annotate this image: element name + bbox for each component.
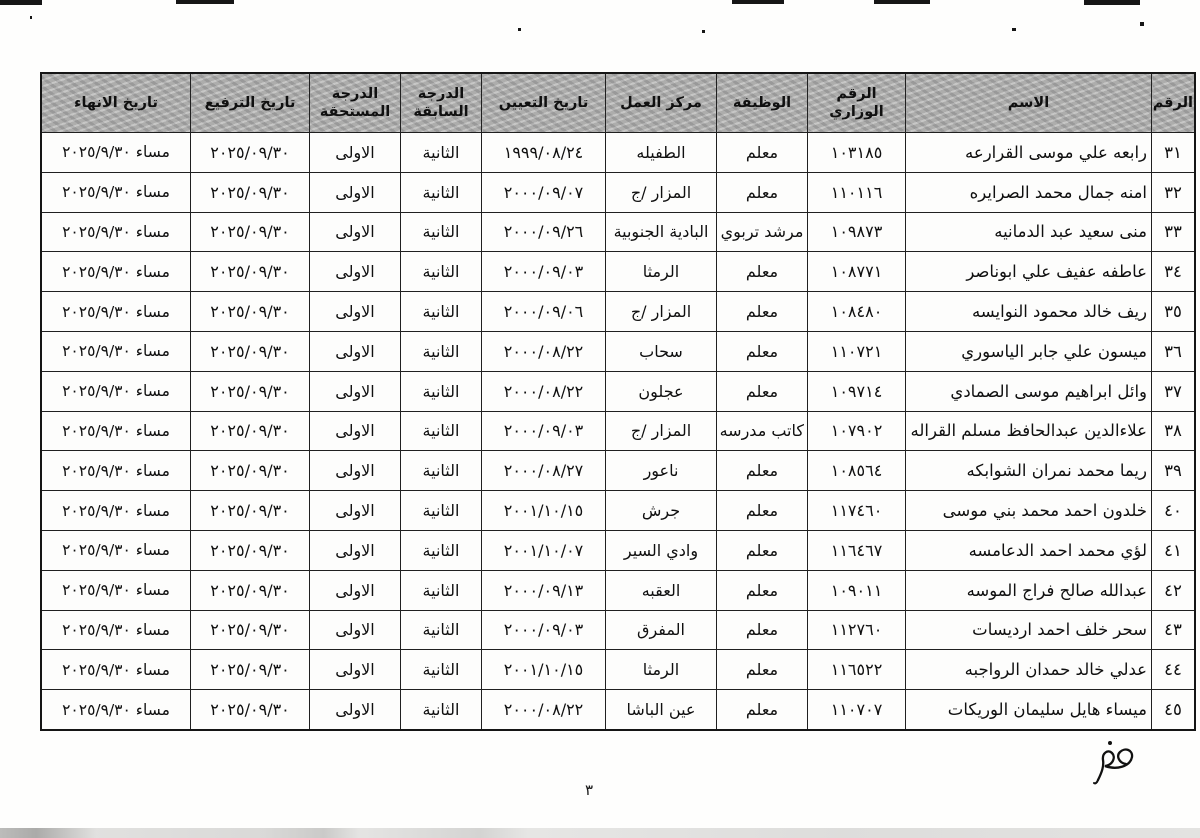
table-header: الرقمالاسمالرقم الوزاريالوظيفةمركز العمل… — [41, 73, 1195, 133]
cell-appointment_date: ١٩٩٩/٠٨/٢٤ — [482, 133, 606, 173]
cell-ministry_no: ١١٢٧٦٠ — [808, 610, 906, 650]
cell-work_center: المزار /ج — [606, 292, 717, 332]
cell-previous_grade: الثانية — [401, 530, 482, 570]
cell-previous_grade: الثانية — [401, 610, 482, 650]
cell-ministry_no: ١٠٨٤٨٠ — [808, 292, 906, 332]
cell-name: عدلي خالد حمدان الرواجبه — [906, 650, 1152, 690]
cell-previous_grade: الثانية — [401, 172, 482, 212]
cell-num: ٤٣ — [1152, 610, 1196, 650]
table-row: ٤٣سحر خلف احمد ارديسات١١٢٧٦٠معلمالمفرق٢٠… — [41, 610, 1195, 650]
cell-work_center: العقبه — [606, 570, 717, 610]
cell-appointment_date: ٢٠٠١/١٠/١٥ — [482, 491, 606, 531]
cell-promotion_date: ٢٠٢٥/٠٩/٣٠ — [191, 411, 310, 451]
column-header-appointment_date: تاريخ التعيين — [482, 73, 606, 133]
cell-name: عاطفه عفيف علي ابوناصر — [906, 252, 1152, 292]
table-row: ٣٣منى سعيد عبد الدمانيه١٠٩٨٧٣مرشد تربويا… — [41, 212, 1195, 252]
cell-promotion_date: ٢٠٢٥/٠٩/٣٠ — [191, 371, 310, 411]
cell-promotion_date: ٢٠٢٥/٠٩/٣٠ — [191, 650, 310, 690]
scan-artifact — [732, 0, 784, 4]
cell-name: سحر خلف احمد ارديسات — [906, 610, 1152, 650]
scan-speck — [1140, 22, 1144, 26]
cell-num: ٤٤ — [1152, 650, 1196, 690]
cell-name: ميساء هايل سليمان الوريكات — [906, 690, 1152, 730]
cell-due_grade: الاولى — [310, 530, 401, 570]
cell-promotion_date: ٢٠٢٥/٠٩/٣٠ — [191, 212, 310, 252]
page-number: ٣ — [585, 781, 593, 799]
cell-num: ٤٠ — [1152, 491, 1196, 531]
cell-previous_grade: الثانية — [401, 411, 482, 451]
cell-name: وائل ابراهيم موسى الصمادي — [906, 371, 1152, 411]
cell-name: خلدون احمد محمد بني موسى — [906, 491, 1152, 531]
cell-promotion_date: ٢٠٢٥/٠٩/٣٠ — [191, 491, 310, 531]
cell-due_grade: الاولى — [310, 292, 401, 332]
cell-work_center: الرمثا — [606, 252, 717, 292]
cell-end_date: مساء ٢٠٢٥/٩/٣٠ — [41, 610, 191, 650]
cell-previous_grade: الثانية — [401, 451, 482, 491]
column-header-end_date: تاريخ الانهاء — [41, 73, 191, 133]
table-row: ٤٢عبدالله صالح فراج الموسه١٠٩٠١١معلمالعق… — [41, 570, 1195, 610]
cell-ministry_no: ١١٧٤٦٠ — [808, 491, 906, 531]
cell-ministry_no: ١٠٣١٨٥ — [808, 133, 906, 173]
cell-promotion_date: ٢٠٢٥/٠٩/٣٠ — [191, 292, 310, 332]
table-row: ٣٨علاءالدين عبدالحافظ مسلم القراله١٠٧٩٠٢… — [41, 411, 1195, 451]
cell-promotion_date: ٢٠٢٥/٠٩/٣٠ — [191, 451, 310, 491]
cell-end_date: مساء ٢٠٢٥/٩/٣٠ — [41, 133, 191, 173]
cell-promotion_date: ٢٠٢٥/٠٩/٣٠ — [191, 252, 310, 292]
cell-ministry_no: ١٠٧٩٠٢ — [808, 411, 906, 451]
cell-job: معلم — [717, 133, 808, 173]
cell-promotion_date: ٢٠٢٥/٠٩/٣٠ — [191, 610, 310, 650]
cell-due_grade: الاولى — [310, 371, 401, 411]
cell-job: معلم — [717, 371, 808, 411]
cell-work_center: عين الباشا — [606, 690, 717, 730]
cell-num: ٣٦ — [1152, 331, 1196, 371]
cell-end_date: مساء ٢٠٢٥/٩/٣٠ — [41, 451, 191, 491]
table-row: ٤٥ميساء هايل سليمان الوريكات١١٠٧٠٧معلمعي… — [41, 690, 1195, 730]
column-header-name: الاسم — [906, 73, 1152, 133]
scan-artifact — [0, 0, 42, 5]
cell-previous_grade: الثانية — [401, 331, 482, 371]
scan-artifact — [176, 0, 234, 4]
cell-due_grade: الاولى — [310, 690, 401, 730]
cell-num: ٤٢ — [1152, 570, 1196, 610]
cell-due_grade: الاولى — [310, 570, 401, 610]
table-row: ٣١رابعه علي موسى القرارعه١٠٣١٨٥معلمالطفي… — [41, 133, 1195, 173]
cell-appointment_date: ٢٠٠٠/٠٩/٠٦ — [482, 292, 606, 332]
cell-appointment_date: ٢٠٠٠/٠٩/١٣ — [482, 570, 606, 610]
cell-job: معلم — [717, 650, 808, 690]
cell-num: ٣٨ — [1152, 411, 1196, 451]
cell-appointment_date: ٢٠٠٠/٠٨/٢٢ — [482, 331, 606, 371]
cell-promotion_date: ٢٠٢٥/٠٩/٣٠ — [191, 530, 310, 570]
cell-ministry_no: ١١٠١١٦ — [808, 172, 906, 212]
cell-appointment_date: ٢٠٠١/١٠/٠٧ — [482, 530, 606, 570]
cell-num: ٣٤ — [1152, 252, 1196, 292]
cell-num: ٤٥ — [1152, 690, 1196, 730]
cell-ministry_no: ١٠٩٧١٤ — [808, 371, 906, 411]
cell-work_center: سحاب — [606, 331, 717, 371]
scan-smear-bottom — [0, 828, 1200, 838]
cell-name: لؤي محمد احمد الدعامسه — [906, 530, 1152, 570]
cell-due_grade: الاولى — [310, 451, 401, 491]
cell-previous_grade: الثانية — [401, 491, 482, 531]
cell-ministry_no: ١١٦٤٦٧ — [808, 530, 906, 570]
cell-job: معلم — [717, 292, 808, 332]
scan-speck — [518, 28, 521, 31]
cell-num: ٣٣ — [1152, 212, 1196, 252]
scan-speck — [702, 30, 705, 33]
cell-previous_grade: الثانية — [401, 252, 482, 292]
table-row: ٤١لؤي محمد احمد الدعامسه١١٦٤٦٧معلموادي ا… — [41, 530, 1195, 570]
cell-work_center: ناعور — [606, 451, 717, 491]
cell-job: معلم — [717, 331, 808, 371]
cell-job: معلم — [717, 491, 808, 531]
cell-due_grade: الاولى — [310, 411, 401, 451]
table-row: ٤٠خلدون احمد محمد بني موسى١١٧٤٦٠معلمجرش٢… — [41, 491, 1195, 531]
cell-work_center: المفرق — [606, 610, 717, 650]
cell-appointment_date: ٢٠٠٠/٠٨/٢٧ — [482, 451, 606, 491]
cell-due_grade: الاولى — [310, 491, 401, 531]
cell-previous_grade: الثانية — [401, 570, 482, 610]
cell-end_date: مساء ٢٠٢٥/٩/٣٠ — [41, 172, 191, 212]
cell-appointment_date: ٢٠٠٠/٠٨/٢٢ — [482, 690, 606, 730]
cell-num: ٤١ — [1152, 530, 1196, 570]
header-row: الرقمالاسمالرقم الوزاريالوظيفةمركز العمل… — [41, 73, 1195, 133]
cell-end_date: مساء ٢٠٢٥/٩/٣٠ — [41, 570, 191, 610]
scanned-page: الرقمالاسمالرقم الوزاريالوظيفةمركز العمل… — [0, 0, 1200, 838]
cell-due_grade: الاولى — [310, 610, 401, 650]
cell-name: ريما محمد نمران الشوابكه — [906, 451, 1152, 491]
cell-ministry_no: ١١٦٥٢٢ — [808, 650, 906, 690]
cell-promotion_date: ٢٠٢٥/٠٩/٣٠ — [191, 570, 310, 610]
cell-name: عبدالله صالح فراج الموسه — [906, 570, 1152, 610]
cell-due_grade: الاولى — [310, 172, 401, 212]
cell-promotion_date: ٢٠٢٥/٠٩/٣٠ — [191, 172, 310, 212]
cell-previous_grade: الثانية — [401, 212, 482, 252]
promotion-roster-table: الرقمالاسمالرقم الوزاريالوظيفةمركز العمل… — [40, 72, 1196, 731]
cell-name: منى سعيد عبد الدمانيه — [906, 212, 1152, 252]
column-header-due_grade: الدرجة المستحقة — [310, 73, 401, 133]
cell-job: كاتب مدرسه — [717, 411, 808, 451]
table-row: ٣٧وائل ابراهيم موسى الصمادي١٠٩٧١٤معلمعجل… — [41, 371, 1195, 411]
cell-appointment_date: ٢٠٠٠/٠٩/٠٣ — [482, 252, 606, 292]
cell-due_grade: الاولى — [310, 133, 401, 173]
cell-ministry_no: ١٠٩٨٧٣ — [808, 212, 906, 252]
cell-name: ميسون علي جابر الياسوري — [906, 331, 1152, 371]
cell-appointment_date: ٢٠٠٠/٠٩/٠٧ — [482, 172, 606, 212]
cell-previous_grade: الثانية — [401, 133, 482, 173]
cell-job: معلم — [717, 451, 808, 491]
table-row: ٣٥ريف خالد محمود النوايسه١٠٨٤٨٠معلمالمزا… — [41, 292, 1195, 332]
table-row: ٤٤عدلي خالد حمدان الرواجبه١١٦٥٢٢معلمالرم… — [41, 650, 1195, 690]
cell-previous_grade: الثانية — [401, 371, 482, 411]
table-row: ٣٤عاطفه عفيف علي ابوناصر١٠٨٧٧١معلمالرمثا… — [41, 252, 1195, 292]
cell-work_center: الطفيله — [606, 133, 717, 173]
cell-end_date: مساء ٢٠٢٥/٩/٣٠ — [41, 690, 191, 730]
table-row: ٣٩ريما محمد نمران الشوابكه١٠٨٥٦٤معلمناعو… — [41, 451, 1195, 491]
cell-appointment_date: ٢٠٠٠/٠٩/٠٣ — [482, 610, 606, 650]
cell-end_date: مساء ٢٠٢٥/٩/٣٠ — [41, 292, 191, 332]
cell-end_date: مساء ٢٠٢٥/٩/٣٠ — [41, 212, 191, 252]
cell-work_center: وادي السير — [606, 530, 717, 570]
cell-ministry_no: ١٠٨٥٦٤ — [808, 451, 906, 491]
cell-previous_grade: الثانية — [401, 650, 482, 690]
cell-ministry_no: ١٠٨٧٧١ — [808, 252, 906, 292]
cell-due_grade: الاولى — [310, 650, 401, 690]
signature-scribble — [1086, 736, 1144, 794]
cell-promotion_date: ٢٠٢٥/٠٩/٣٠ — [191, 133, 310, 173]
cell-work_center: المزار /ج — [606, 172, 717, 212]
scan-speck — [30, 16, 32, 19]
cell-work_center: المزار /ج — [606, 411, 717, 451]
cell-promotion_date: ٢٠٢٥/٠٩/٣٠ — [191, 690, 310, 730]
cell-job: مرشد تربوي — [717, 212, 808, 252]
table-row: ٣٢امنه جمال محمد الصرايره١١٠١١٦معلمالمزا… — [41, 172, 1195, 212]
cell-end_date: مساء ٢٠٢٥/٩/٣٠ — [41, 491, 191, 531]
cell-end_date: مساء ٢٠٢٥/٩/٣٠ — [41, 530, 191, 570]
cell-end_date: مساء ٢٠٢٥/٩/٣٠ — [41, 411, 191, 451]
cell-appointment_date: ٢٠٠٠/٠٩/٢٦ — [482, 212, 606, 252]
cell-work_center: الرمثا — [606, 650, 717, 690]
cell-promotion_date: ٢٠٢٥/٠٩/٣٠ — [191, 331, 310, 371]
cell-appointment_date: ٢٠٠٠/٠٩/٠٣ — [482, 411, 606, 451]
signature-icon — [1086, 736, 1144, 790]
cell-due_grade: الاولى — [310, 331, 401, 371]
cell-num: ٣٥ — [1152, 292, 1196, 332]
column-header-promotion_date: تاريخ الترفيع — [191, 73, 310, 133]
scan-speck — [1012, 28, 1016, 31]
cell-work_center: عجلون — [606, 371, 717, 411]
table-body: ٣١رابعه علي موسى القرارعه١٠٣١٨٥معلمالطفي… — [41, 133, 1195, 730]
cell-job: معلم — [717, 610, 808, 650]
cell-job: معلم — [717, 530, 808, 570]
cell-num: ٣٢ — [1152, 172, 1196, 212]
cell-work_center: البادية الجنوبية — [606, 212, 717, 252]
cell-job: معلم — [717, 172, 808, 212]
cell-name: امنه جمال محمد الصرايره — [906, 172, 1152, 212]
cell-job: معلم — [717, 252, 808, 292]
cell-end_date: مساء ٢٠٢٥/٩/٣٠ — [41, 331, 191, 371]
cell-job: معلم — [717, 690, 808, 730]
column-header-ministry_no: الرقم الوزاري — [808, 73, 906, 133]
cell-num: ٣٩ — [1152, 451, 1196, 491]
cell-ministry_no: ١١٠٧٠٧ — [808, 690, 906, 730]
cell-due_grade: الاولى — [310, 252, 401, 292]
cell-end_date: مساء ٢٠٢٥/٩/٣٠ — [41, 371, 191, 411]
cell-appointment_date: ٢٠٠٠/٠٨/٢٢ — [482, 371, 606, 411]
cell-num: ٣١ — [1152, 133, 1196, 173]
cell-ministry_no: ١١٠٧٢١ — [808, 331, 906, 371]
cell-end_date: مساء ٢٠٢٥/٩/٣٠ — [41, 252, 191, 292]
column-header-previous_grade: الدرجة السابقة — [401, 73, 482, 133]
scan-artifact — [874, 0, 930, 4]
cell-name: ريف خالد محمود النوايسه — [906, 292, 1152, 332]
cell-num: ٣٧ — [1152, 371, 1196, 411]
cell-previous_grade: الثانية — [401, 690, 482, 730]
cell-work_center: جرش — [606, 491, 717, 531]
cell-name: علاءالدين عبدالحافظ مسلم القراله — [906, 411, 1152, 451]
cell-name: رابعه علي موسى القرارعه — [906, 133, 1152, 173]
table-row: ٣٦ميسون علي جابر الياسوري١١٠٧٢١معلمسحاب٢… — [41, 331, 1195, 371]
cell-end_date: مساء ٢٠٢٥/٩/٣٠ — [41, 650, 191, 690]
cell-previous_grade: الثانية — [401, 292, 482, 332]
cell-appointment_date: ٢٠٠١/١٠/١٥ — [482, 650, 606, 690]
cell-ministry_no: ١٠٩٠١١ — [808, 570, 906, 610]
cell-job: معلم — [717, 570, 808, 610]
column-header-num: الرقم — [1152, 73, 1196, 133]
scan-artifact — [1084, 0, 1140, 5]
column-header-job: الوظيفة — [717, 73, 808, 133]
cell-due_grade: الاولى — [310, 212, 401, 252]
column-header-work_center: مركز العمل — [606, 73, 717, 133]
